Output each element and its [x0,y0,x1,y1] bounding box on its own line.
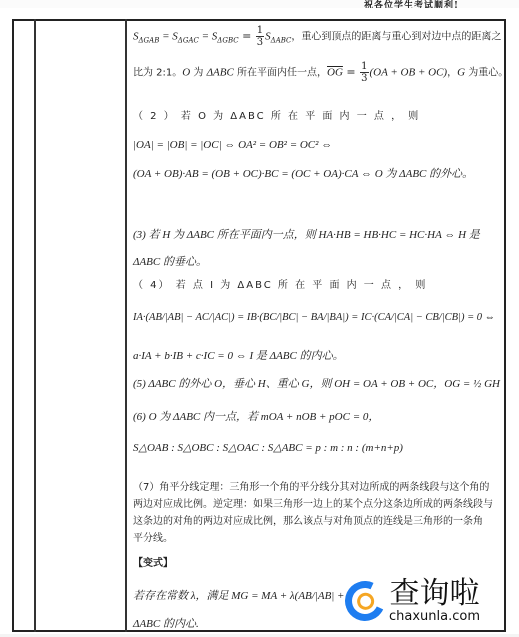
watermark-url: chaxunla.com [389,609,480,624]
item7-line3: 这条边的对角的两边对应成比例，那么该点与对角顶点的连线是三角形的一条角 [133,515,483,529]
magnifier-logo-icon [339,575,390,626]
variant-title: 【变式】 [133,557,173,571]
centroid-vector-line: 比为 2:1。O 为 ΔABC 所在平面内任一点，OG = 13(OA + OB… [133,61,508,84]
item5-line: (5) ΔABC 的外心 O，垂心 H、重心 G，则 OH = OA + OB … [133,377,500,392]
item3-line2: ΔABC 的垂心。 [133,255,207,270]
item7-line2: 两边对应成比例。逆定理：如果三角形一边上的某个点分这条边所成的两条线段与 [133,498,493,512]
watermark-brand: 查询啦 [390,579,480,609]
item2-intro: （ 2 ） 若 O 为 ΔABC 所 在 平 面 内 一 点 ， 则 [133,110,420,124]
item6-line1: (6) O 为 ΔABC 内一点，若 mOA + nOB + pOC = 0， [133,410,379,425]
item6-line2: S△OAB : S△OBC : S△OAC : S△ABC = p : m : … [133,441,403,456]
item7-line4: 平分线。 [133,532,173,546]
fraction: 13 [360,61,368,84]
variant-line2: ΔABC 的内心. [133,617,199,632]
watermark: 查询啦 chaxunla.com [345,566,515,636]
content-cell: SΔGAB = SΔGAC = SΔGBC = 13SΔABC，重心到顶点的距离… [130,21,502,629]
column-divider-1 [34,19,36,632]
item4-intro: （ 4） 若 点 I 为 ΔABC 所 在 平 面 内 一 点 ， 则 [133,279,427,293]
centroid-area-line: SΔGAB = SΔGAC = SΔGBC = 13SΔABC，重心到顶点的距离… [133,25,501,48]
item4-formula: IA·(AB/|AB| − AC/|AC|) = IB·(BC/|BC| − B… [133,311,495,326]
document-page: SΔGAB = SΔGAC = SΔGBC = 13SΔABC，重心到顶点的距离… [0,8,519,634]
fraction: 13 [256,25,264,48]
item2-formula2: (OA + OB)·AB = (OB + OC)·BC = (OC + OA)·… [133,167,473,182]
item2-formula1: |OA| = |OB| = |OC| ⇔ OA² = OB² = OC² ⇔ [133,138,332,153]
column-divider-2 [125,19,127,632]
item7-line1: （7）角平分线定理：三角形一个角的平分线分其对边所成的两条线段与这个角的 [133,481,489,495]
item4-conclusion: a·IA + b·IB + c·IC = 0 ⇔ I 是 ΔABC 的内心。 [133,349,344,364]
item3-line1: (3) 若 H 为 ΔABC 所在平面内一点，则 HA·HB = HB·HC =… [133,228,480,243]
variant-line1: 若存在常数 λ，满足 MG = MA + λ(AB/|AB| + [133,589,344,604]
